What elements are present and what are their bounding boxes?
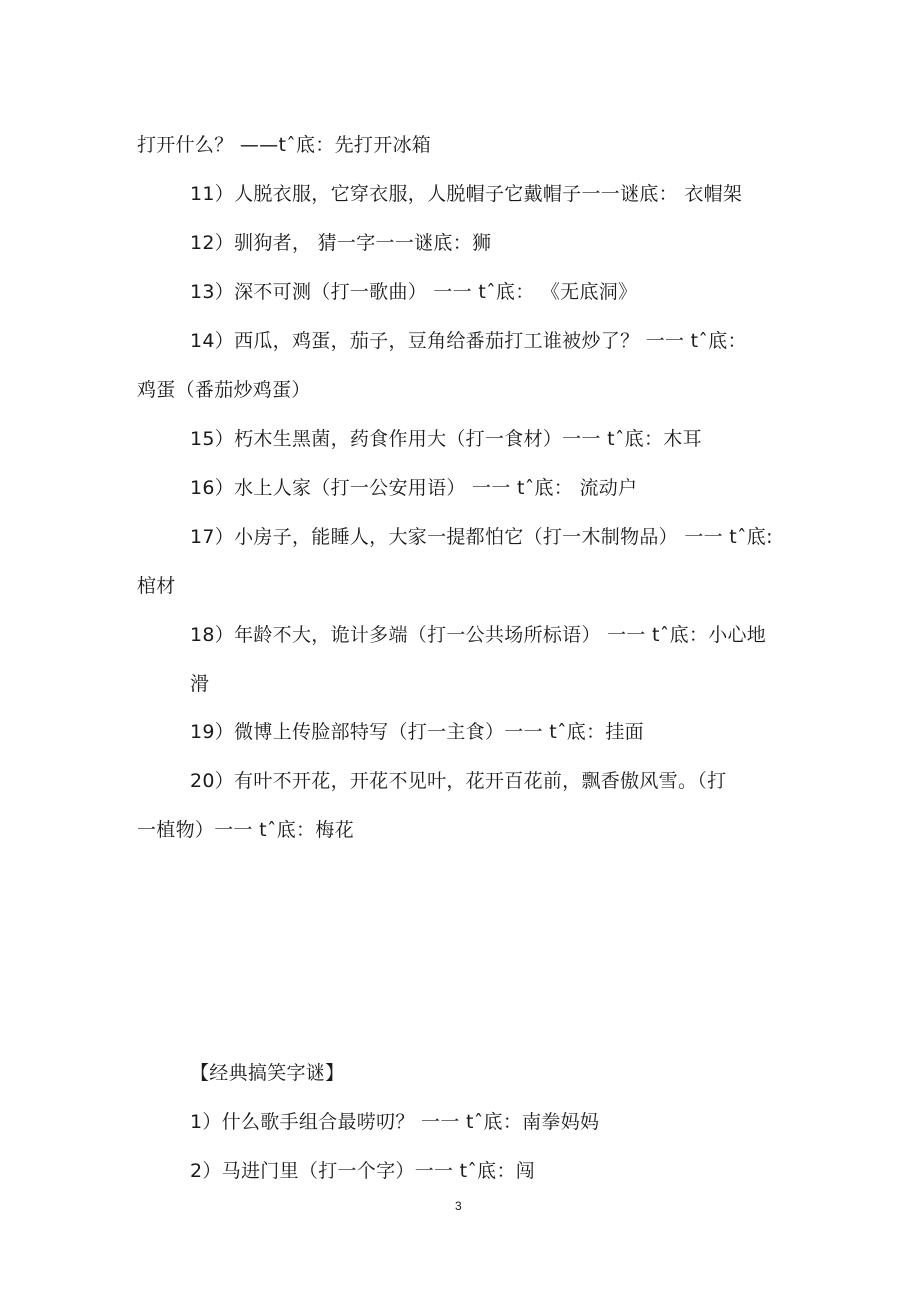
- riddle-13: 13）深不可测（打一歌曲） 一一 tˆ底： 《无底洞》: [190, 280, 637, 304]
- riddle-18-continuation: 滑: [190, 672, 209, 696]
- riddle-10-continuation: 打开什么？ ——tˆ底：先打开冰箱: [137, 133, 431, 157]
- riddle-18: 18）年龄不大，诡计多端（打一公共场所标语） 一一 tˆ底：小心地: [190, 623, 766, 647]
- riddle-19: 19）微博上传脸部特写（打一主食）一一 tˆ底：挂面: [190, 720, 644, 744]
- riddle-17-continuation: 棺材: [137, 574, 176, 598]
- riddle-17: 17）小房子，能睡人，大家一提都怕它（打一木制物品） 一一 tˆ底:: [190, 525, 773, 549]
- riddle-14: 14）西瓜，鸡蛋，茄子，豆角给番茄打工谁被炒了？ 一一 tˆ底：: [190, 329, 747, 353]
- riddle-20: 20）有叶不开花，开花不见叶，花开百花前，飘香傲风雪。（打: [190, 769, 726, 793]
- riddle-11: 11）人脱衣服，它穿衣服，人脱帽子它戴帽子一一谜底： 衣帽架: [190, 182, 742, 206]
- riddle-1: 1）什么歌手组合最唠叨？ 一一 tˆ底：南拳妈妈: [190, 1110, 599, 1134]
- page-number: 3: [455, 1199, 462, 1213]
- riddle-20-continuation: 一植物）一一 tˆ底：梅花: [137, 818, 354, 842]
- riddle-14-continuation: 鸡蛋（番茄炒鸡蛋）: [137, 378, 311, 402]
- document-page: 打开什么？ ——tˆ底：先打开冰箱 11）人脱衣服，它穿衣服，人脱帽子它戴帽子一…: [0, 0, 920, 1303]
- riddle-16: 16）水上人家（打一公安用语） 一一 tˆ底： 流动户: [190, 476, 637, 500]
- riddle-15: 15）朽木生黑菌，药食作用大（打一食材）一一 tˆ底：木耳: [190, 427, 702, 451]
- riddle-2: 2）马进门里（打一个字）一一 tˆ底：闯: [190, 1159, 535, 1183]
- riddle-12: 12）驯狗者， 猜一字一一谜底：狮: [190, 231, 491, 255]
- section-heading: 【经典搞笑字谜】: [190, 1061, 344, 1085]
